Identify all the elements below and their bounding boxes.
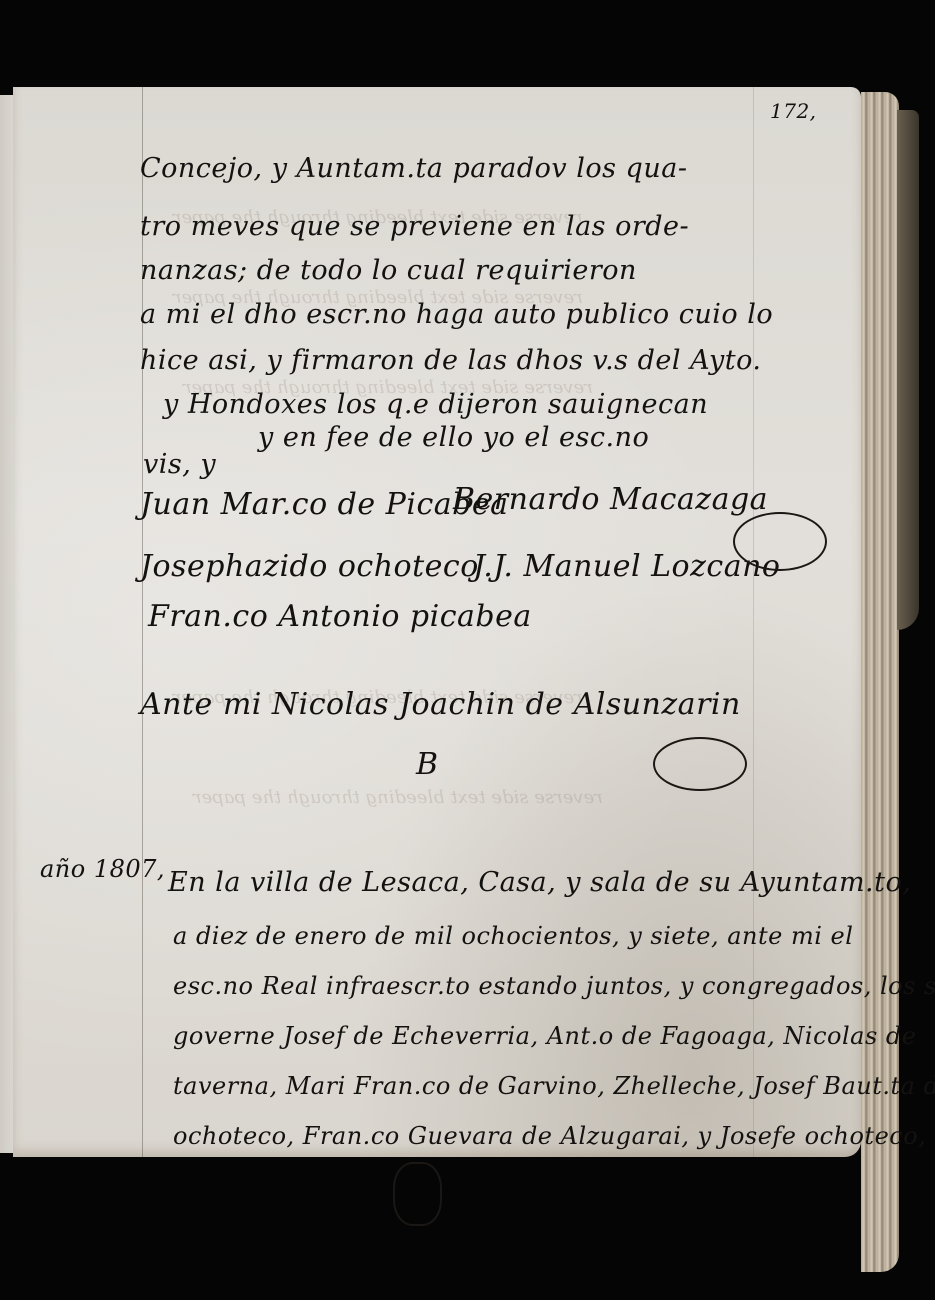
notary-rubric — [653, 737, 747, 791]
manuscript-page: reverse side text bleeding through the p… — [13, 87, 861, 1157]
closing-flourish — [393, 1162, 442, 1226]
notary-attestation: Ante mi Nicolas Joachin de Alsunzarin — [140, 687, 741, 722]
signature: Bernardo Macazaga — [453, 482, 768, 517]
text-line: hice asi, y firmaron de las dhos v.s del… — [140, 345, 761, 376]
text-line: nanzas; de todo lo cual requirieron — [140, 255, 637, 286]
margin-note-year: año 1807, — [40, 855, 165, 883]
text-line: esc.no Real infraescr.to estando juntos,… — [173, 972, 935, 1000]
rubric-mark: B — [416, 747, 439, 782]
text-line: a mi el dho escr.no haga auto publico cu… — [140, 299, 773, 330]
signature: J.J. Manuel Lozcano — [473, 549, 781, 584]
text-line: y en fee de ello yo el esc.no — [258, 422, 649, 453]
text-line: ochoteco, Fran.co Guevara de Alzugarai, … — [173, 1122, 926, 1150]
binding-tab — [897, 110, 919, 630]
text-line: taverna, Mari Fran.co de Garvino, Zhelle… — [173, 1072, 935, 1100]
text-line: En la villa de Lesaca, Casa, y sala de s… — [168, 867, 911, 898]
signature-flourish — [733, 512, 827, 571]
folio-number: 172, — [770, 99, 817, 123]
text-line: vis, y — [143, 449, 216, 480]
margin-rule-left — [142, 87, 143, 1157]
bleed-through-text: reverse side text bleeding through the p… — [193, 787, 603, 808]
text-line: a diez de enero de mil ochocientos, y si… — [173, 922, 853, 950]
text-line: tro meves que se previene en las orde- — [140, 211, 689, 242]
text-line: y Hondoxes los q.e dijeron sauignecan — [163, 389, 708, 420]
signature: Josephazido ochoteco — [140, 549, 479, 584]
signature: Fran.co Antonio picabea — [148, 599, 532, 634]
previous-page-edge — [0, 95, 14, 1153]
text-line: Concejo, y Auntam.ta paradov los qua- — [140, 153, 687, 184]
text-line: governe Josef de Echeverria, Ant.o de Fa… — [173, 1022, 916, 1050]
